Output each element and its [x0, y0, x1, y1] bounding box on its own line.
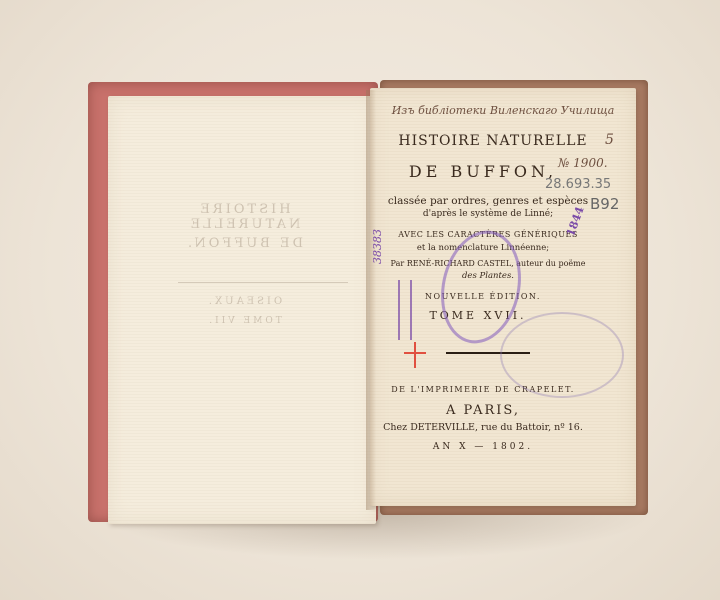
- publisher: Chez DETERVILLE, rue du Battoir, nº 16.: [350, 422, 616, 433]
- library-stamp-faded: [500, 312, 624, 398]
- date: AN X — 1802.: [350, 442, 616, 452]
- annotation-accession: № 1900.: [558, 156, 608, 170]
- left-page: HISTOIRE NATURELLE DE BUFFON. OISEAUX. T…: [108, 96, 376, 524]
- bleed-line3: OISEAUX.: [144, 296, 344, 307]
- bleed-line4: TOME VII.: [144, 316, 344, 326]
- annotation-vertical-number: 38383: [371, 229, 384, 264]
- bleed-line2: DE BUFFON.: [144, 236, 344, 251]
- purple-scribble-mark: [398, 280, 412, 340]
- bleed-rule: [178, 282, 348, 283]
- bleed-line1: HISTOIRE NATURELLE: [144, 202, 344, 232]
- red-cross-mark-vertical: [414, 342, 416, 368]
- subtitle-1: classée par ordres, genres et espèces: [355, 195, 621, 207]
- annotation-shelf-code: B92: [590, 195, 619, 213]
- title-line-1: HISTOIRE NATURELLE: [360, 133, 626, 149]
- annotation-5: 5: [605, 132, 614, 148]
- city: A PARIS,: [350, 403, 616, 418]
- handwritten-library-note: Изъ библіотеки Виленскаго Училища: [370, 104, 636, 117]
- annotation-shelf-number: 28.693.35: [545, 177, 611, 192]
